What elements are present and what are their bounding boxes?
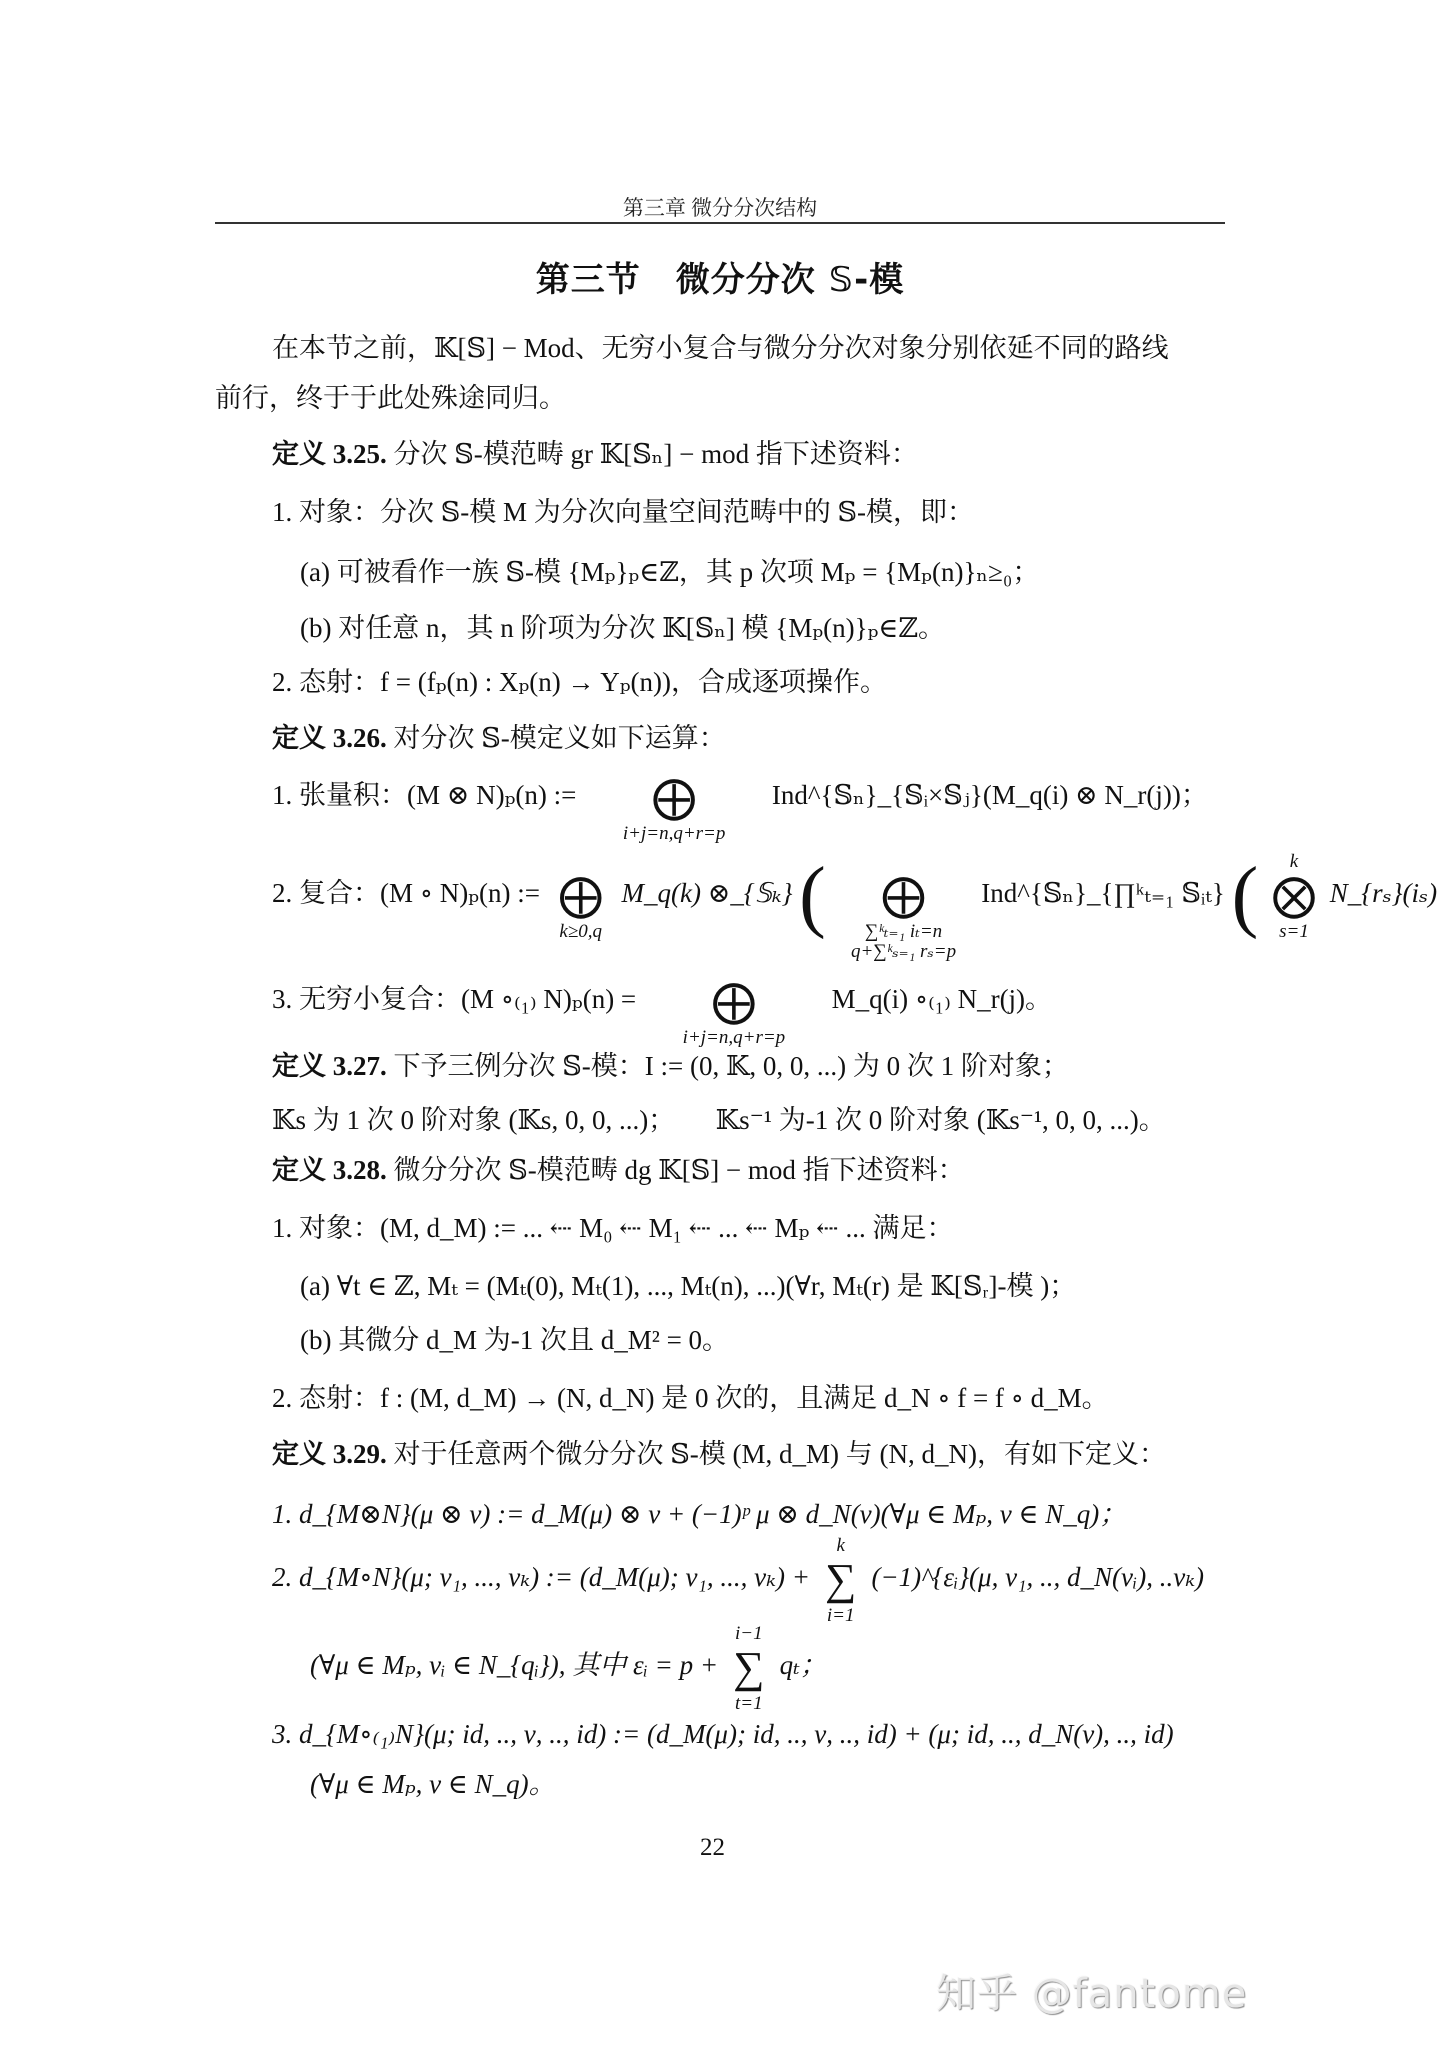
oplus-icon: ⨁ — [589, 776, 759, 820]
definition-text: 分次 𝕊-模范畴 gr 𝕂[𝕊ₙ] − mod 指下述资料： — [394, 439, 918, 469]
def-3-26-infinitesimal-composition: 3. 无穷小复合：(M ∘₍₁₎ N)ₚ(n) = ⨁ i+j=n,q+r=p … — [272, 980, 1052, 1024]
def-3-26-composition: 2. 复合：(M ∘ N)ₚ(n) := ⨁ k≥0,q M_q(k) ⊗_{𝕊… — [272, 866, 1440, 926]
definition-3-26: 定义 3.26. 对分次 𝕊-模定义如下运算： — [272, 720, 726, 756]
definition-3-29: 定义 3.29. 对于任意两个微分分次 𝕊-模 (M, d_M) 与 (N, d… — [272, 1436, 1166, 1472]
oplus-icon: ⨁ — [839, 874, 969, 918]
def-3-27-line-2: 𝕂s 为 1 次 0 阶对象 (𝕂s, 0, 0, ...)； 𝕂s⁻¹ 为-1… — [272, 1102, 1166, 1138]
summation-operator: k ∑ i=1 — [823, 1558, 859, 1602]
product-upper-limit: k — [1290, 852, 1298, 872]
def-3-25-item-1: 1. 对象：分次 𝕊-模 M 为分次向量空间范畴中的 𝕊-模，即： — [272, 494, 974, 530]
definition-text: 微分分次 𝕊-模范畴 dg 𝕂[𝕊] − mod 指下述资料： — [394, 1155, 965, 1185]
def-3-25-item-1b: (b) 对任意 n，其 n 阶项为分次 𝕂[𝕊ₙ] 模 {Mₚ(n)}ₚ∈ℤ。 — [300, 610, 945, 646]
tensor-product-operator: k ⨂ s=1 — [1271, 874, 1317, 918]
definition-label: 定义 3.29. — [272, 1439, 387, 1469]
def-3-29-item-1: 1. d_{M⊗N}(μ ⊗ ν) := d_M(μ) ⊗ ν + (−1)ᵖ … — [272, 1496, 1126, 1532]
direct-sum-operator: ⨁ i+j=n,q+r=p — [649, 980, 819, 1024]
def-3-28-item-1b: (b) 其微分 d_M 为-1 次且 d_M² = 0。 — [300, 1322, 729, 1358]
sigma-icon: ∑ — [823, 1558, 859, 1602]
intro-line-1: 在本节之前，𝕂[𝕊] − Mod、无穷小复合与微分分次对象分别依延不同的路线 — [272, 330, 1169, 366]
formula-prefix: 3. 无穷小复合：(M ∘₍₁₎ N)ₚ(n) = — [272, 984, 636, 1014]
formula-body: Ind^{𝕊ₙ}_{𝕊ᵢ×𝕊ⱼ}(M_q(i) ⊗ N_r(j))； — [772, 780, 1208, 810]
section-title: 第三节 微分分次 𝕊-模 — [215, 252, 1225, 301]
definition-3-28: 定义 3.28. 微分分次 𝕊-模范畴 dg 𝕂[𝕊] − mod 指下述资料： — [272, 1152, 965, 1188]
formula-body: M_q(i) ∘₍₁₎ N_r(j)。 — [832, 984, 1052, 1014]
header-rule — [215, 222, 1225, 224]
sum-lower-limit: i=1 — [827, 1606, 855, 1626]
page-number: 22 — [700, 1834, 725, 1862]
def-3-28-item-2: 2. 态射：f : (M, d_M) → (N, d_N) 是 0 次的，且满足… — [272, 1380, 1109, 1416]
definition-text: 对分次 𝕊-模定义如下运算： — [394, 723, 726, 753]
definition-3-27: 定义 3.27. 下予三例分次 𝕊-模：I := (0, 𝕂, 0, 0, ..… — [272, 1048, 1069, 1084]
def-3-26-tensor-product: 1. 张量积：(M ⊗ N)ₚ(n) := ⨁ i+j=n,q+r=p Ind^… — [272, 776, 1208, 820]
otimes-icon: ⨂ — [1271, 874, 1317, 918]
formula-prefix: 2. 复合：(M ∘ N)ₚ(n) := — [272, 878, 540, 908]
formula-suffix: qₜ； — [780, 1650, 827, 1680]
sum-upper-limit: k — [836, 1536, 844, 1556]
formula-prefix: 1. 张量积：(M ⊗ N)ₚ(n) := — [272, 780, 576, 810]
def-3-25-item-2: 2. 态射：f = (fₚ(n) : Xₚ(n) → Yₚ(n))，合成逐项操作… — [272, 664, 887, 700]
sum-limit: k≥0,q — [559, 922, 602, 942]
formula-prefix: (∀μ ∈ Mₚ, νᵢ ∈ N_{qᵢ}), 其中 εᵢ = p + — [310, 1650, 718, 1680]
def-3-29-item-3-condition: (∀μ ∈ Mₚ, ν ∈ N_q)。 — [310, 1766, 556, 1802]
running-head: 第三章 微分分次结构 — [215, 192, 1225, 222]
intro-line-2: 前行，终于于此处殊途同归。 — [215, 380, 566, 416]
sum-limit: i+j=n,q+r=p — [683, 1028, 786, 1048]
definition-label: 定义 3.25. — [272, 439, 387, 469]
sum-lower-limit: t=1 — [735, 1694, 763, 1714]
induction-operator: Ind^{𝕊ₙ}_{∏ᵏₜ₌₁ 𝕊ᵢₜ} — [981, 878, 1225, 908]
summation-operator: i−1 ∑ t=1 — [731, 1646, 767, 1690]
sigma-icon: ∑ — [731, 1646, 767, 1690]
def-3-28-item-1: 1. 对象：(M, d_M) := ... ⇠ M₀ ⇠ M₁ ⇠ ... ⇠ … — [272, 1210, 954, 1246]
formula-prefix: 2. d_{M∘N}(μ; ν₁, ..., νₖ) := (d_M(μ); ν… — [272, 1562, 810, 1592]
left-paren: ( — [1232, 852, 1259, 940]
left-paren: ( — [799, 852, 826, 940]
sum-limit: i+j=n,q+r=p — [623, 824, 726, 844]
product-lower-limit: s=1 — [1279, 922, 1309, 942]
definition-text: 对于任意两个微分分次 𝕊-模 (M, d_M) 与 (N, d_N)，有如下定义… — [394, 1439, 1166, 1469]
definition-3-25: 定义 3.25. 分次 𝕊-模范畴 gr 𝕂[𝕊ₙ] − mod 指下述资料： — [272, 436, 918, 472]
sum-limit: q+∑ᵏₛ₌₁ rₛ=p — [851, 942, 956, 962]
oplus-icon: ⨁ — [553, 874, 609, 918]
direct-sum-operator: ⨁ k≥0,q — [553, 874, 609, 918]
document-page: 第三章 微分分次结构 第三节 微分分次 𝕊-模 在本节之前，𝕂[𝕊] − Mod… — [0, 0, 1440, 2045]
sum-upper-limit: i−1 — [735, 1624, 763, 1644]
def-3-29-item-2-condition: (∀μ ∈ Mₚ, νᵢ ∈ N_{qᵢ}), 其中 εᵢ = p + i−1 … — [310, 1646, 827, 1690]
def-3-29-item-3: 3. d_{M∘₍₁₎N}(μ; id, .., ν, .., id) := (… — [272, 1716, 1174, 1752]
oplus-icon: ⨁ — [649, 980, 819, 1024]
formula-mid: M_q(k) ⊗_{𝕊ₖ} — [621, 878, 792, 908]
definition-label: 定义 3.26. — [272, 723, 387, 753]
direct-sum-operator: ⨁ ∑ᵏₜ₌₁ iₜ=n q+∑ᵏₛ₌₁ rₛ=p — [839, 874, 969, 918]
direct-sum-operator: ⨁ i+j=n,q+r=p — [589, 776, 759, 820]
def-3-28-item-1a: (a) ∀t ∈ ℤ, Mₜ = (Mₜ(0), Mₜ(1), ..., Mₜ(… — [300, 1268, 1076, 1304]
definition-label: 定义 3.28. — [272, 1155, 387, 1185]
watermark: 知乎 @fantome — [936, 1962, 1247, 2019]
def-3-25-item-1a: (a) 可被看作一族 𝕊-模 {Mₚ}ₚ∈ℤ，其 p 次项 Mₚ = {Mₚ(n… — [300, 554, 1039, 590]
definition-text: 下予三例分次 𝕊-模：I := (0, 𝕂, 0, 0, ...) 为 0 次 … — [394, 1051, 1069, 1081]
formula-suffix: (−1)^{εᵢ}(μ, ν₁, .., d_N(νᵢ), ..νₖ) — [871, 1562, 1204, 1592]
definition-label: 定义 3.27. — [272, 1051, 387, 1081]
def-3-29-item-2: 2. d_{M∘N}(μ; ν₁, ..., νₖ) := (d_M(μ); ν… — [272, 1558, 1204, 1602]
formula-tail: N_{rₛ}(iₛ) — [1330, 878, 1437, 908]
sum-limit: ∑ᵏₜ₌₁ iₜ=n — [865, 922, 942, 942]
